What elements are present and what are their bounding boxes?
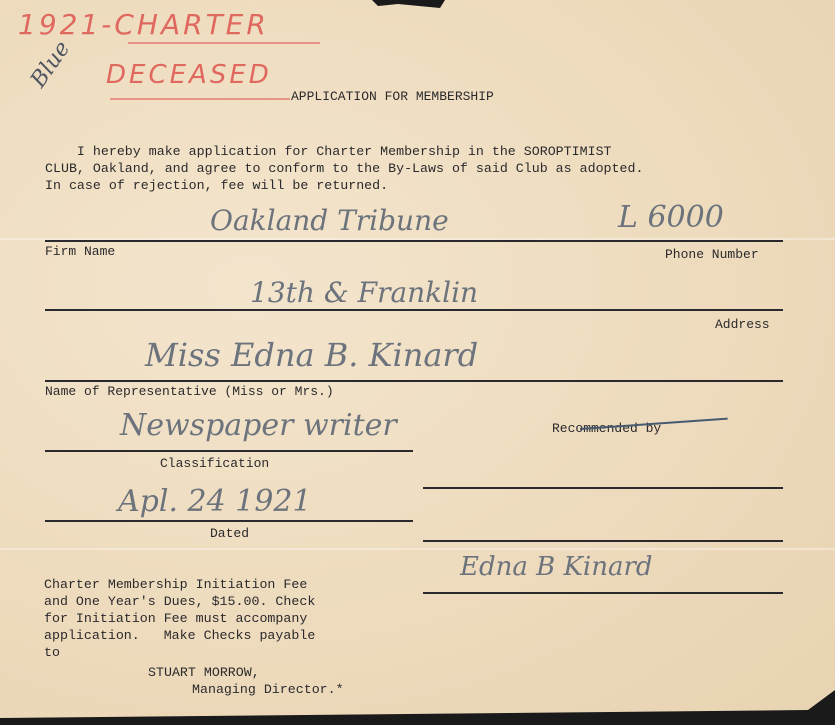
representative-line: [45, 380, 783, 382]
fee-line: application. Make Checks payable: [44, 628, 315, 643]
intro-line: I hereby make application for Charter Me…: [45, 144, 612, 159]
recommended-by-line-2[interactable]: [423, 540, 783, 542]
phone-number-value[interactable]: L 6000: [618, 200, 724, 235]
address-value[interactable]: 13th & Franklin: [250, 276, 478, 309]
representative-label: Name of Representative (Miss or Mrs.): [45, 384, 334, 400]
annotation-blue-note: Blue: [26, 37, 75, 93]
dated-label: Dated: [210, 526, 249, 542]
annotation-charter-year: 1921-CHARTER: [18, 8, 269, 41]
classification-value[interactable]: Newspaper writer: [120, 408, 397, 443]
paper-fold: [0, 548, 835, 550]
representative-value[interactable]: Miss Edna B. Kinard: [145, 336, 478, 374]
classification-label: Classification: [160, 456, 269, 472]
firm-name-label: Firm Name: [45, 244, 115, 260]
intro-line: In case of rejection, fee will be return…: [45, 178, 388, 193]
payee-title: Managing Director.*: [192, 682, 344, 698]
fee-instructions: Charter Membership Initiation Fee and On…: [44, 576, 315, 661]
payee-name: STUART MORROW,: [148, 665, 260, 681]
address-label: Address: [715, 317, 770, 333]
annotation-underline: [110, 98, 290, 100]
fee-line: to: [44, 645, 60, 660]
firm-name-value[interactable]: Oakland Tribune: [210, 204, 449, 237]
address-line: [45, 309, 783, 311]
signature-line: [423, 592, 783, 594]
firm-name-line: [45, 240, 783, 242]
fee-line: and One Year's Dues, $15.00. Check: [44, 594, 315, 609]
annotation-underline: [128, 42, 320, 44]
annotation-deceased: DECEASED: [106, 60, 272, 90]
phone-number-label: Phone Number: [665, 247, 759, 263]
dated-value[interactable]: Apl. 24 1921: [118, 484, 312, 519]
signature-value[interactable]: Edna B Kinard: [460, 552, 653, 582]
fee-line: Charter Membership Initiation Fee: [44, 577, 307, 592]
fee-line: for Initiation Fee must accompany: [44, 611, 307, 626]
form-title: APPLICATION FOR MEMBERSHIP: [291, 89, 494, 104]
recommended-by-line-1[interactable]: [423, 487, 783, 489]
classification-line: [45, 450, 413, 452]
intro-paragraph: I hereby make application for Charter Me…: [45, 143, 643, 194]
intro-line: CLUB, Oakland, and agree to conform to t…: [45, 161, 643, 176]
application-form-document: 1921-CHARTER DECEASED Blue APPLICATION F…: [0, 0, 835, 718]
dated-line: [45, 520, 413, 522]
